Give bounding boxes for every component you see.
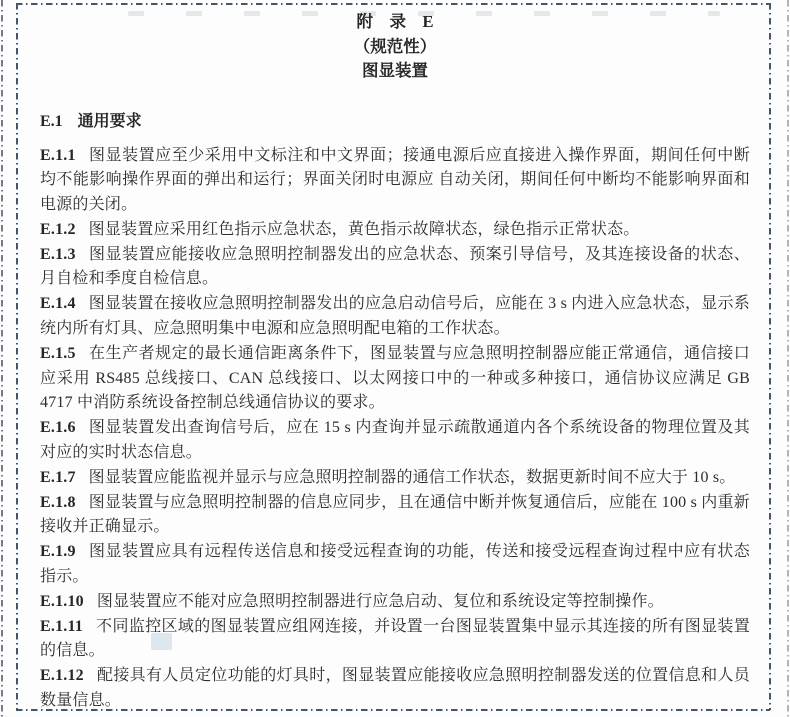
clause-item: E.1.9图显装置应具有远程传送信息和接受远程查询的功能，传送和接受远程查询过程… bbox=[40, 540, 750, 590]
clause-number: E.1.1 bbox=[40, 147, 89, 164]
clause-number: E.1.4 bbox=[40, 295, 89, 312]
clause-text: 配接具有人员定位功能的灯具时，图显装置应能接收应急照明控制器发送的位置信息和人员… bbox=[40, 667, 750, 709]
clause-item: E.1.8图显装置与应急照明控制器的信息应同步，且在通信中断并恢复通信后，应能在… bbox=[40, 491, 750, 541]
clause-number: E.1.5 bbox=[40, 345, 89, 362]
clause-item: E.1.11不同监控区域的图显装置应组网连接，并设置一台图显装置集中显示其连接的… bbox=[40, 615, 750, 665]
document-page: 附 录 E （规范性） 图显装置 E.1通用要求 E.1.1图显装置应至少采用中… bbox=[0, 0, 790, 717]
appendix-title: 图显装置 bbox=[40, 59, 750, 84]
clause-list: E.1.1图显装置应至少采用中文标注和中文界面；接通电源后应直接进入操作界面，期… bbox=[40, 144, 750, 714]
clause-number: E.1.9 bbox=[40, 543, 89, 560]
clause-number: E.1.10 bbox=[40, 593, 97, 610]
section-heading: E.1通用要求 bbox=[40, 108, 750, 131]
clause-number: E.1.11 bbox=[40, 618, 96, 635]
clause-item: E.1.4图显装置在接收应急照明控制器发出的应急启动信号后，应能在 3 s 内进… bbox=[40, 292, 750, 342]
clause-text: 图显装置应能接收应急照明控制器发出的应急状态、预案引导信号，及其连接设备的状态、… bbox=[40, 246, 750, 288]
clause-item: E.1.6图显装置发出查询信号后，应在 15 s 内查询并显示疏散通道内各个系统… bbox=[40, 416, 750, 466]
clause-text: 图显装置在接收应急照明控制器发出的应急启动信号后，应能在 3 s 内进入应急状态… bbox=[40, 295, 750, 337]
clause-text: 在生产者规定的最长通信距离条件下，图显装置与应急照明控制器应能正常通信，通信接口… bbox=[40, 345, 750, 412]
clause-item: E.1.12配接具有人员定位功能的灯具时，图显装置应能接收应急照明控制器发送的位… bbox=[40, 664, 750, 714]
clause-number: E.1.6 bbox=[40, 419, 89, 436]
appendix-header: 附 录 E （规范性） 图显装置 bbox=[40, 0, 750, 84]
clause-item: E.1.10图显装置应不能对应急照明控制器进行应急启动、复位和系统设定等控制操作… bbox=[40, 590, 750, 615]
outer-page-edge-left-line bbox=[1, 0, 3, 717]
clause-text: 图显装置发出查询信号后，应在 15 s 内查询并显示疏散通道内各个系统设备的物理… bbox=[40, 419, 750, 461]
appendix-kind: （规范性） bbox=[40, 35, 750, 60]
clause-text: 图显装置应不能对应急照明控制器进行应急启动、复位和系统设定等控制操作。 bbox=[97, 593, 664, 610]
frame-border-right bbox=[769, 3, 771, 710]
frame-border-left bbox=[16, 3, 18, 710]
clause-text: 图显装置应至少采用中文标注和中文界面；接通电源后应直接进入操作界面，期间任何中断… bbox=[40, 147, 750, 214]
clause-number: E.1.2 bbox=[40, 221, 89, 238]
clause-text: 图显装置应采用红色指示应急状态，黄色指示故障状态，绿色指示正常状态。 bbox=[89, 221, 640, 238]
clause-text: 图显装置应能监视并显示与应急照明控制器的通信工作状态，数据更新时间不应大于 10… bbox=[89, 469, 736, 486]
section-title: 通用要求 bbox=[78, 113, 142, 130]
clause-text: 不同监控区域的图显装置应组网连接，并设置一台图显装置集中显示其连接的所有图显装置… bbox=[40, 618, 750, 660]
clause-item: E.1.7图显装置应能监视并显示与应急照明控制器的通信工作状态，数据更新时间不应… bbox=[40, 466, 750, 491]
clause-item: E.1.2图显装置应采用红色指示应急状态，黄色指示故障状态，绿色指示正常状态。 bbox=[40, 218, 750, 243]
clause-item: E.1.5在生产者规定的最长通信距离条件下，图显装置与应急照明控制器应能正常通信… bbox=[40, 342, 750, 416]
document-content: 附 录 E （规范性） 图显装置 E.1通用要求 E.1.1图显装置应至少采用中… bbox=[40, 0, 750, 714]
clause-number: E.1.8 bbox=[40, 494, 89, 511]
appendix-label: 附 录 E bbox=[40, 10, 750, 35]
clause-text: 图显装置与应急照明控制器的信息应同步，且在通信中断并恢复通信后，应能在 100 … bbox=[40, 494, 750, 536]
section-number: E.1 bbox=[40, 113, 78, 130]
clause-number: E.1.7 bbox=[40, 469, 89, 486]
outer-page-edge-right-line bbox=[787, 0, 789, 717]
clause-item: E.1.1图显装置应至少采用中文标注和中文界面；接通电源后应直接进入操作界面，期… bbox=[40, 144, 750, 218]
clause-number: E.1.3 bbox=[40, 246, 89, 263]
clause-item: E.1.3图显装置应能接收应急照明控制器发出的应急状态、预案引导信号，及其连接设… bbox=[40, 243, 750, 293]
clause-number: E.1.12 bbox=[40, 667, 97, 684]
clause-text: 图显装置应具有远程传送信息和接受远程查询的功能，传送和接受远程查询过程中应有状态… bbox=[40, 543, 750, 585]
